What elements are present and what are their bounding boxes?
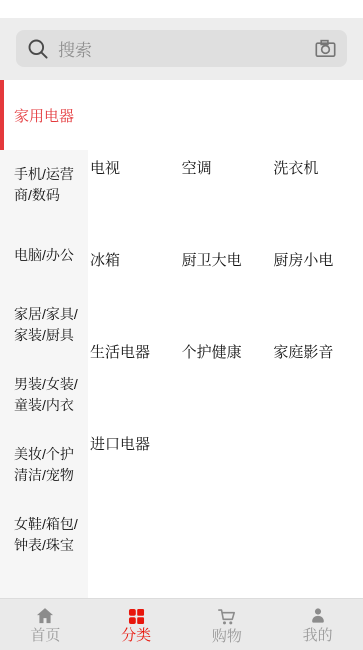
tab-profile[interactable]: 我的 — [272, 599, 363, 650]
tab-label: 购物 — [212, 629, 242, 644]
subcategory-item[interactable]: 冰箱 — [88, 242, 180, 334]
subcategory-item[interactable]: 家庭影音 — [271, 334, 363, 426]
tab-label: 分类 — [121, 628, 151, 643]
sidebar-item[interactable]: 电脑/办公 — [0, 220, 88, 290]
tab-label: 首页 — [30, 628, 60, 643]
category-page: 搜索 家用电器 手机/运营商/数码 电脑/办公 家居/家具/家装/厨具 男装/女… — [0, 0, 363, 650]
bottom-tab-bar: 首页 分类 购物 — [0, 598, 363, 650]
tab-cart[interactable]: 购物 — [182, 599, 273, 650]
subcategory-item[interactable]: 空调 — [180, 150, 272, 242]
subcategory-item[interactable]: 电视 — [88, 150, 180, 242]
grid-icon — [127, 607, 146, 626]
sidebar-item-label: 家居/家具/家装/厨具 — [14, 304, 82, 346]
sidebar-item[interactable]: 家居/家具/家装/厨具 — [0, 290, 88, 360]
sidebar-item[interactable]: 手机/运营商/数码 — [0, 150, 88, 220]
home-icon — [35, 606, 55, 626]
subcategory-item[interactable]: 生活电器 — [88, 334, 180, 426]
subcategory-grid: 电视 空调 洗衣机 冰箱 厨卫大电 厨房小电 生活电器 个护健康 家庭影音 进口… — [88, 150, 363, 598]
user-icon — [308, 606, 328, 626]
sidebar-item-active[interactable]: 家用电器 — [0, 80, 88, 150]
active-indicator — [0, 80, 4, 150]
camera-icon[interactable] — [314, 37, 337, 60]
cart-icon — [216, 606, 237, 627]
tab-category[interactable]: 分类 — [91, 599, 182, 650]
search-placeholder: 搜索 — [58, 36, 314, 61]
search-icon — [26, 37, 50, 61]
subcategory-item[interactable]: 厨卫大电 — [180, 242, 272, 334]
sidebar-item-label: 手机/运营商/数码 — [14, 164, 82, 206]
sidebar-item[interactable]: 女鞋/箱包/钟表/珠宝 — [0, 500, 88, 570]
sidebar-item[interactable]: 美妆/个护清洁/宠物 — [0, 430, 88, 500]
sidebar-item[interactable]: 男装/女装/童装/内衣 — [0, 360, 88, 430]
sidebar-item-label: 电脑/办公 — [14, 245, 74, 266]
tab-home[interactable]: 首页 — [0, 599, 91, 650]
sidebar-item-label: 男装/女装/童装/内衣 — [14, 374, 82, 416]
subcategory-item[interactable]: 洗衣机 — [271, 150, 363, 242]
sidebar-item-label: 女鞋/箱包/钟表/珠宝 — [14, 514, 82, 556]
tab-label: 我的 — [303, 628, 333, 643]
subcategory-item[interactable]: 个护健康 — [180, 334, 272, 426]
subcategory-item[interactable]: 进口电器 — [88, 426, 180, 518]
sidebar-item-label: 美妆/个护清洁/宠物 — [14, 444, 82, 486]
active-category-label: 家用电器 — [0, 105, 74, 126]
search-input[interactable]: 搜索 — [16, 30, 347, 67]
search-band: 搜索 — [0, 18, 363, 80]
category-sidebar: 手机/运营商/数码 电脑/办公 家居/家具/家装/厨具 男装/女装/童装/内衣 … — [0, 150, 88, 598]
subcategory-item[interactable]: 厨房小电 — [271, 242, 363, 334]
